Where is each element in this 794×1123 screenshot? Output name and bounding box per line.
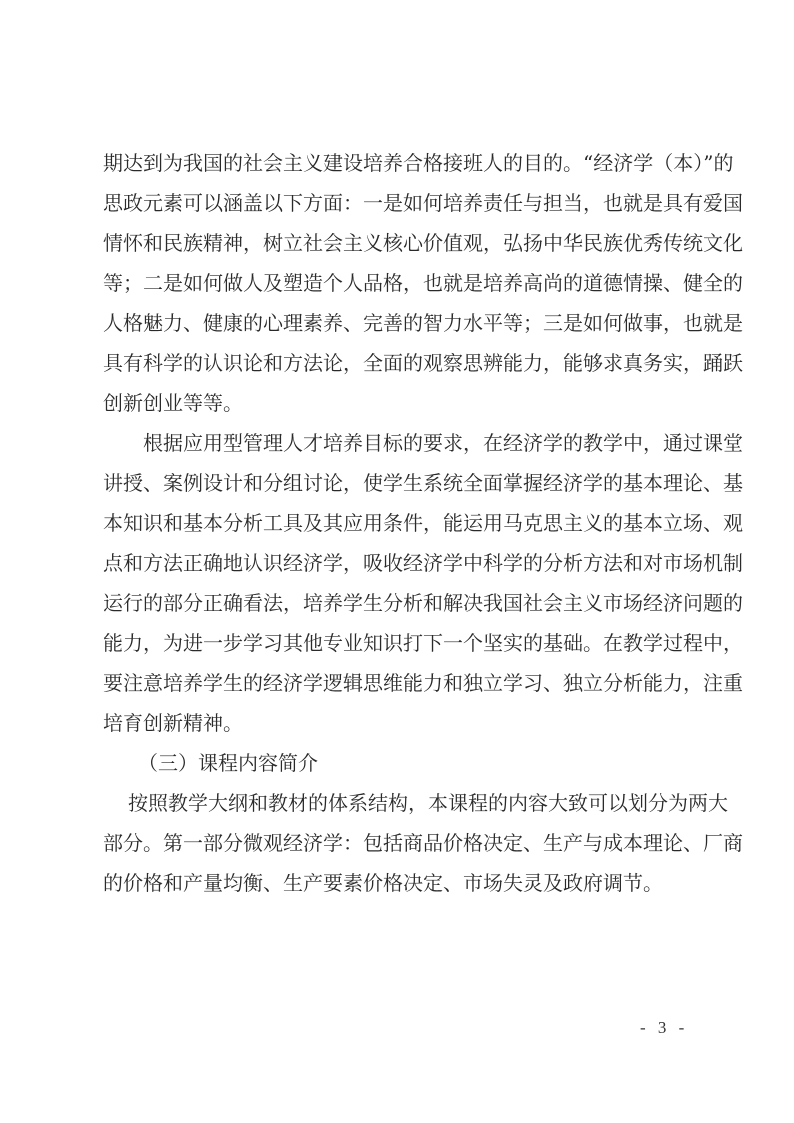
page-number: - 3 - (640, 1018, 688, 1038)
text-line: 等；二是如何做人及塑造个人品格，也就是培养高尚的道德情操、健全的 (103, 263, 693, 303)
text-line: 运行的部分正确看法，培养学生分析和解决我国社会主义市场经济问题的 (103, 583, 693, 623)
text-line: 根据应用型管理人才培养目标的要求，在经济学的教学中，通过课堂 (143, 423, 693, 463)
text-line: 创新创业等等。 (103, 383, 693, 423)
text-line: 思政元素可以涵盖以下方面：一是如何培养责任与担当，也就是具有爱国 (103, 183, 693, 223)
text-line: 点和方法正确地认识经济学，吸收经济学中科学的分析方法和对市场机制 (103, 543, 693, 583)
section-heading: （三）课程内容简介 (138, 743, 693, 783)
text-line: 人格魅力、健康的心理素养、完善的智力水平等；三是如何做事，也就是 (103, 303, 693, 343)
text-line: 的价格和产量均衡、生产要素价格决定、市场失灵及政府调节。 (103, 863, 693, 903)
text-line: 情怀和民族精神，树立社会主义核心价值观，弘扬中华民族优秀传统文化 (103, 223, 693, 263)
text-line: 按照教学大纲和教材的体系结构，本课程的内容大致可以划分为两大 (128, 783, 693, 823)
text-line: 期达到为我国的社会主义建设培养合格接班人的目的。“经济学（本）”的 (103, 143, 693, 183)
document-page: 期达到为我国的社会主义建设培养合格接班人的目的。“经济学（本）”的思政元素可以涵… (0, 0, 794, 1123)
text-line: 能力，为进一步学习其他专业知识打下一个坚实的基础。在教学过程中， (103, 623, 693, 663)
text-line: 培育创新精神。 (103, 703, 693, 743)
text-line: 具有科学的认识论和方法论，全面的观察思辨能力，能够求真务实，踊跃 (103, 343, 693, 383)
text-line: 要注意培养学生的经济学逻辑思维能力和独立学习、独立分析能力，注重 (103, 663, 693, 703)
text-line: 部分。第一部分微观经济学：包括商品价格决定、生产与成本理论、厂商 (103, 823, 693, 863)
text-line: 讲授、案例设计和分组讨论，使学生系统全面掌握经济学的基本理论、基 (103, 463, 693, 503)
text-line: 本知识和基本分析工具及其应用条件，能运用马克思主义的基本立场、观 (103, 503, 693, 543)
